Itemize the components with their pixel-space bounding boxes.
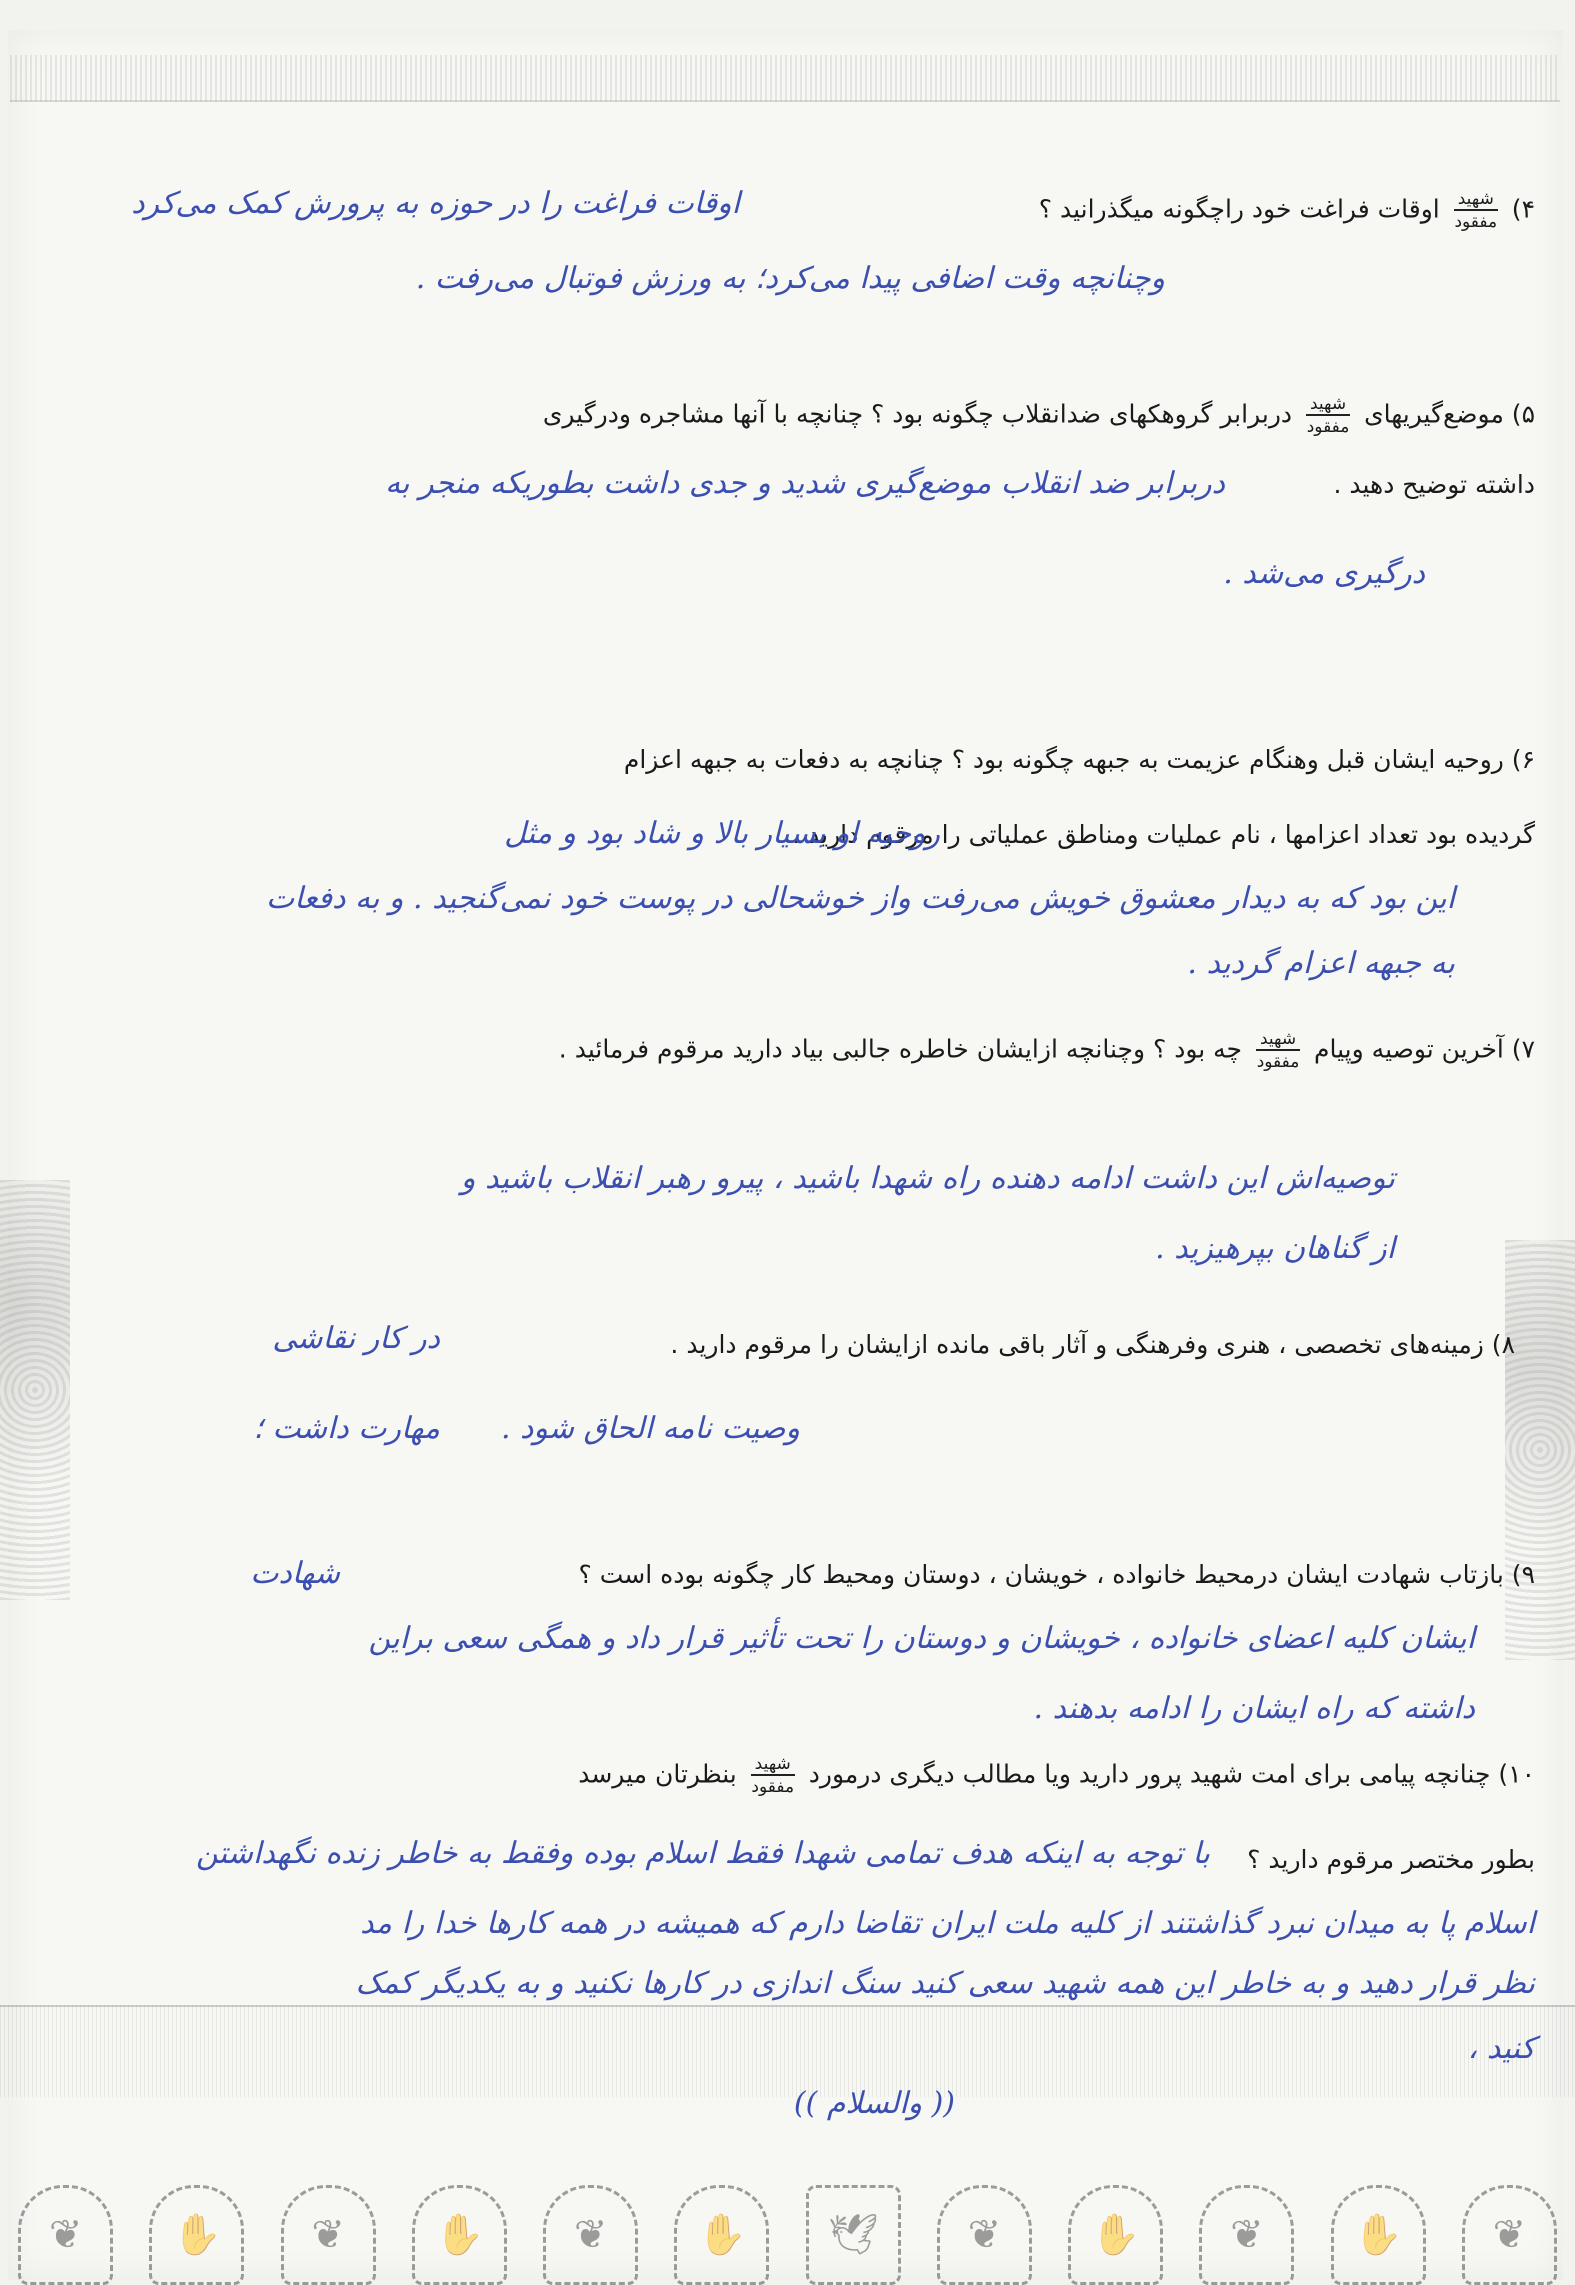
answer-8-line-1: در کار نقاشی xyxy=(180,1320,440,1358)
answer-6-line-1: روحیه او بسیار بالا و شاد بود و مثل xyxy=(40,815,940,853)
tulip-icon: ❦ xyxy=(281,2185,376,2285)
tulip-icon: ❦ xyxy=(18,2185,113,2285)
footer-stamp-border: ❦ ✋ ❦ ✋ ❦ ✋ 🕊 ❦ ✋ ❦ ✋ ❦ xyxy=(0,2175,1575,2285)
answer-10-signoff: (( والسلام )) xyxy=(794,2085,955,2123)
fraction-shahid-mafqud: شهیدمفقود xyxy=(1256,1030,1300,1071)
answer-9-line-1: شهادت xyxy=(140,1555,340,1593)
answer-5-line-1: دربرابر ضد انقلاب موضع‌گیری شدید و جدی د… xyxy=(385,465,1225,503)
hand-icon: ✋ xyxy=(149,2185,244,2285)
question-text: اوقات فراغت خود راچگونه میگذرانید ؟ xyxy=(1039,195,1440,224)
answer-9-line-3: داشته که راه ایشان را ادامه بدهند . xyxy=(1033,1690,1475,1728)
answer-10-line-4: کنید ، xyxy=(1468,2030,1535,2068)
question-9: ۹) بازتاب شهادت ایشان درمحیط خانواده ، خ… xyxy=(579,1560,1535,1590)
question-number: ۱۰) xyxy=(1498,1760,1535,1789)
question-number: ۹) xyxy=(1512,1560,1535,1589)
tulip-icon: ❦ xyxy=(1199,2185,1294,2285)
hand-icon: ✋ xyxy=(1331,2185,1426,2285)
answer-5-line-2: درگیری می‌شد . xyxy=(1223,555,1425,593)
answer-7-line-2: از گناهان بپرهیزید . xyxy=(1155,1230,1395,1268)
answer-6-line-3: به جبهه اعزام گردید . xyxy=(1187,945,1455,983)
fraction-shahid-mafqud: شهیدمفقود xyxy=(1454,190,1498,231)
question-10-line-2: بطور مختصر مرقوم دارید ؟ xyxy=(1247,1845,1535,1875)
question-5-line-2: داشته توضیح دهید . xyxy=(1333,470,1535,500)
scan-fold-band xyxy=(0,2005,1575,2097)
question-text: زمینه‌های تخصصی ، هنری وفرهنگی و آثار با… xyxy=(670,1330,1483,1359)
question-6: ۶) روحیه ایشان قبل وهنگام عزیمت به جبهه … xyxy=(624,745,1535,775)
question-text-pre: موضع‌گیریهای xyxy=(1364,400,1504,429)
tulip-icon: ❦ xyxy=(937,2185,1032,2285)
answer-10-line-1: با توجه به اینکه هدف تمامی شهدا فقط اسلا… xyxy=(30,1835,1210,1873)
question-text-pre: آخرین توصیه وپیام xyxy=(1314,1035,1504,1064)
question-number: ۸) xyxy=(1492,1330,1515,1359)
answer-7-line-1: توصیه‌اش این داشت ادامه دهنده راه شهدا ب… xyxy=(461,1160,1395,1198)
question-number: ۵) xyxy=(1512,400,1535,429)
question-number: ۴) xyxy=(1512,195,1535,224)
question-text: بنظرتان میرسد xyxy=(578,1760,736,1789)
hand-icon: ✋ xyxy=(412,2185,507,2285)
answer-8-line-2: مهارت داشت ؛ xyxy=(180,1410,440,1448)
ornament-right xyxy=(1505,1240,1575,1660)
tulip-icon: ❦ xyxy=(1462,2185,1557,2285)
answer-8-line-3: وصیت نامه الحاق شود . xyxy=(470,1410,800,1448)
question-number: ۶) xyxy=(1512,745,1535,774)
question-4: ۴) شهیدمفقود اوقات فراغت خود راچگونه میگ… xyxy=(1039,190,1535,231)
answer-10-line-2: اسلام پا به میدان نبرد گذاشتند از کلیه م… xyxy=(360,1905,1535,1943)
question-10: ۱۰) چنانچه پیامی برای امت شهید پرور داری… xyxy=(578,1755,1535,1796)
answer-10-line-3: نظر قرار دهید و به خاطر این همه شهید سعی… xyxy=(355,1965,1535,2003)
fraction-shahid-mafqud: شهیدمفقود xyxy=(1306,395,1350,436)
dove-icon: 🕊 xyxy=(806,2185,901,2285)
question-text: روحیه ایشان قبل وهنگام عزیمت به جبهه چگو… xyxy=(624,745,1504,774)
question-text-pre: چنانچه پیامی برای امت شهید پرور دارید وی… xyxy=(809,1760,1491,1789)
hand-icon: ✋ xyxy=(674,2185,769,2285)
answer-9-line-2: ایشان کلیه اعضای خانواده ، خویشان و دوست… xyxy=(368,1620,1475,1658)
question-text: چه بود ؟ وچنانچه ازایشان خاطره جالبی بیا… xyxy=(559,1035,1242,1064)
answer-4-line-1: اوقات فراغت را در حوزه به پرورش کمک می‌ک… xyxy=(20,185,740,223)
answer-4-line-2: وچنانچه وقت اضافی پیدا می‌کرد؛ به ورزش ف… xyxy=(416,260,1165,298)
question-number: ۷) xyxy=(1512,1035,1535,1064)
answer-6-line-2: این بود که به دیدار معشوق خویش می‌رفت وا… xyxy=(266,880,1455,918)
scanned-page xyxy=(8,30,1563,2280)
question-5: ۵) موضع‌گیریهای شهیدمفقود دربرابر گروهکه… xyxy=(543,395,1535,436)
scan-noise-header xyxy=(10,55,1560,102)
fraction-shahid-mafqud: شهیدمفقود xyxy=(751,1755,795,1796)
hand-icon: ✋ xyxy=(1068,2185,1163,2285)
ornament-left xyxy=(0,1180,70,1600)
tulip-icon: ❦ xyxy=(543,2185,638,2285)
question-7: ۷) آخرین توصیه وپیام شهیدمفقود چه بود ؟ … xyxy=(559,1030,1535,1071)
question-text: دربرابر گروهکهای ضدانقلاب چگونه بود ؟ چن… xyxy=(543,400,1292,429)
question-text: بازتاب شهادت ایشان درمحیط خانواده ، خویش… xyxy=(579,1560,1504,1589)
question-8: ۸) زمینه‌های تخصصی ، هنری وفرهنگی و آثار… xyxy=(670,1330,1515,1360)
